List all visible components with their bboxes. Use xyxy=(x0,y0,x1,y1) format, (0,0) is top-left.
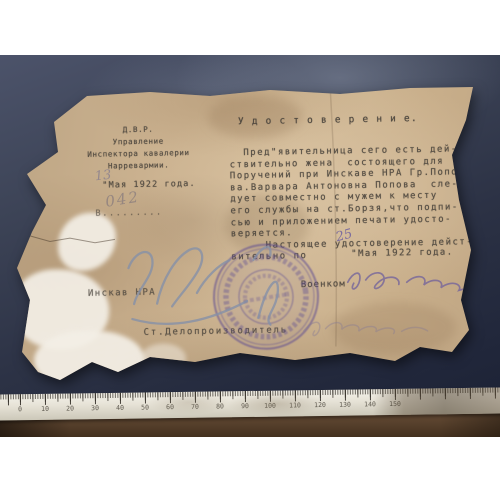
document-paper: Д.В.Р.УправлениеИнспектора кавалерииНарр… xyxy=(10,80,490,392)
photo-of-document: Д.В.Р.УправлениеИнспектора кавалерииНарр… xyxy=(0,55,500,437)
letterbox-bottom xyxy=(0,437,500,500)
handwritten-signatures xyxy=(7,76,492,396)
torn-paper-sheet: Д.В.Р.УправлениеИнспектора кавалерииНарр… xyxy=(10,80,490,392)
letterbox-top xyxy=(0,0,500,55)
document-content: Д.В.Р.УправлениеИнспектора кавалерииНарр… xyxy=(7,76,492,396)
